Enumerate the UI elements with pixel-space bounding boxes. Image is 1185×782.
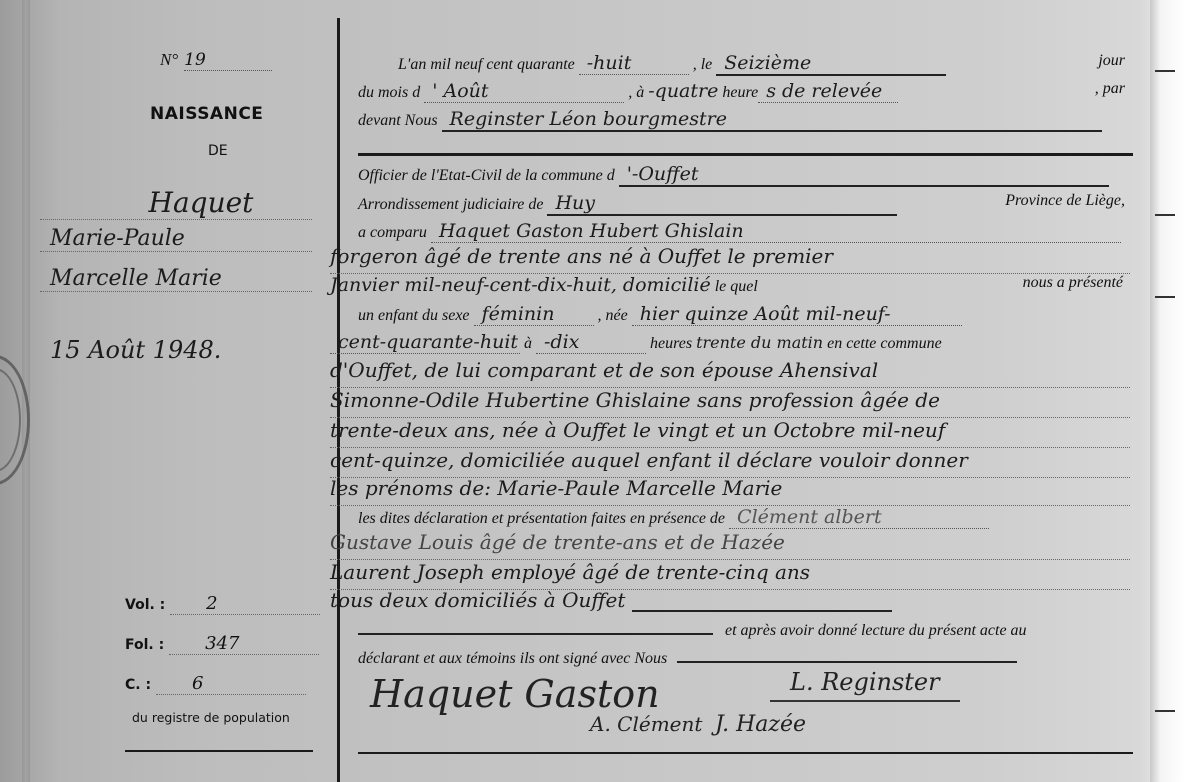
act-title: NAISSANCE [150,104,263,124]
section-rule [358,153,1133,156]
registry-volume: Vol. : 2 [125,593,320,615]
officer-field: Reginster Léon bourgmestre [442,108,1102,132]
handwritten-line-10: tous deux domiciliés à Ouffet [330,588,1130,618]
body-line-2: du mois d ' Août , à -quatre heures de r… [358,80,1133,108]
witness-field: Clément albert [729,506,989,529]
margin-tick [1155,710,1175,712]
page-edge [1150,0,1185,782]
act-subtitle: DE [208,143,228,159]
handwritten-line-1: forgeron âgé de trente ans né à Ouffet l… [330,244,1130,274]
day-field: Seizième [716,52,946,76]
margin-panel: N°19 NAISSANCE DE Haquet Marie-Paule Mar… [0,0,337,782]
body-line-11: et après avoir donné lecture du présent … [358,622,1133,650]
signature-declarant: Haquet Gaston [370,672,660,716]
registry-c: C. : 6 [125,673,306,695]
child-given-names-1: Marie-Paule [40,226,312,252]
handwritten-line-7: les prénoms de: Marie-Paule Marcelle Mar… [330,476,1130,506]
body-line-7: Janvier mil-neuf-cent-dix-huit, domicili… [330,274,1105,302]
signature-officer: L. Reginster [770,668,960,702]
year-field: -huit [579,52,689,75]
handwritten-line-6: cent-quinze, domiciliée auquel enfant il… [330,448,1130,478]
handwritten-line-9: Laurent Joseph employé âgé de trente-cin… [330,560,1130,590]
body-line-1: L'an mil neuf cent quarante -huit , le S… [358,52,1133,80]
declarant-field: Haquet Gaston Hubert Ghislain [431,220,1121,243]
birth-hour-field: -dix [536,331,646,354]
registry-folio-value: 347 [169,633,319,655]
margin-tick [1155,296,1175,298]
signature-witness-1: A. Clément [590,712,702,736]
birth-date: 15 Août 1948. [50,336,221,364]
month-field: ' Août [424,80,624,103]
registry-caption: du registre de population [132,710,290,725]
body-line-4: Officier de l'Etat-Civil de la commune d… [358,163,1133,191]
hour-field: -quatre [648,80,718,102]
birth-date-field: hier quinze Août mil-neuf- [632,303,962,326]
closing-rule [358,752,1133,754]
registry-c-value: 6 [156,673,306,695]
handwritten-line-3: d'Ouffet, de lui comparant et de son épo… [330,358,1130,388]
arrondissement-field: Huy [547,192,897,216]
child-given-names-2: Marcelle Marie [40,266,312,292]
act-number-value: 19 [184,50,272,71]
document-page: N°19 NAISSANCE DE Haquet Marie-Paule Mar… [0,0,1185,782]
handwritten-line-4: Simonne-Odile Hubertine Ghislaine sans p… [330,388,1130,418]
body-line-8: un enfant du sexe féminin , née hier qui… [358,303,1133,331]
margin-tick [1155,214,1175,216]
registry-folio: Fol. : 347 [125,633,319,655]
signature-witness-2: J. Hazée [715,712,806,737]
body-line-5: Arrondissement judiciaire de Huy Provinc… [358,192,1133,220]
registry-volume-value: 2 [170,593,320,615]
registry-rule [125,750,313,752]
margin-tick [1155,70,1175,72]
commune-field: '-Ouffet [619,163,1109,187]
body-line-3: devant Nous Reginster Léon bourgmestre [358,108,1133,136]
handwritten-line-8: Gustave Louis âgé de trente-ans et de Ha… [330,530,1130,560]
handwritten-line-5: trente-deux ans, née à Ouffet le vingt e… [330,418,1130,448]
act-body: L'an mil neuf cent quarante -huit , le S… [340,0,1150,782]
child-surname: Haquet [40,186,312,220]
body-line-9: cent-quarante-huit à -dix heures trente … [330,331,1105,359]
sex-field: féminin [474,303,594,326]
act-number: N°19 [160,50,272,71]
